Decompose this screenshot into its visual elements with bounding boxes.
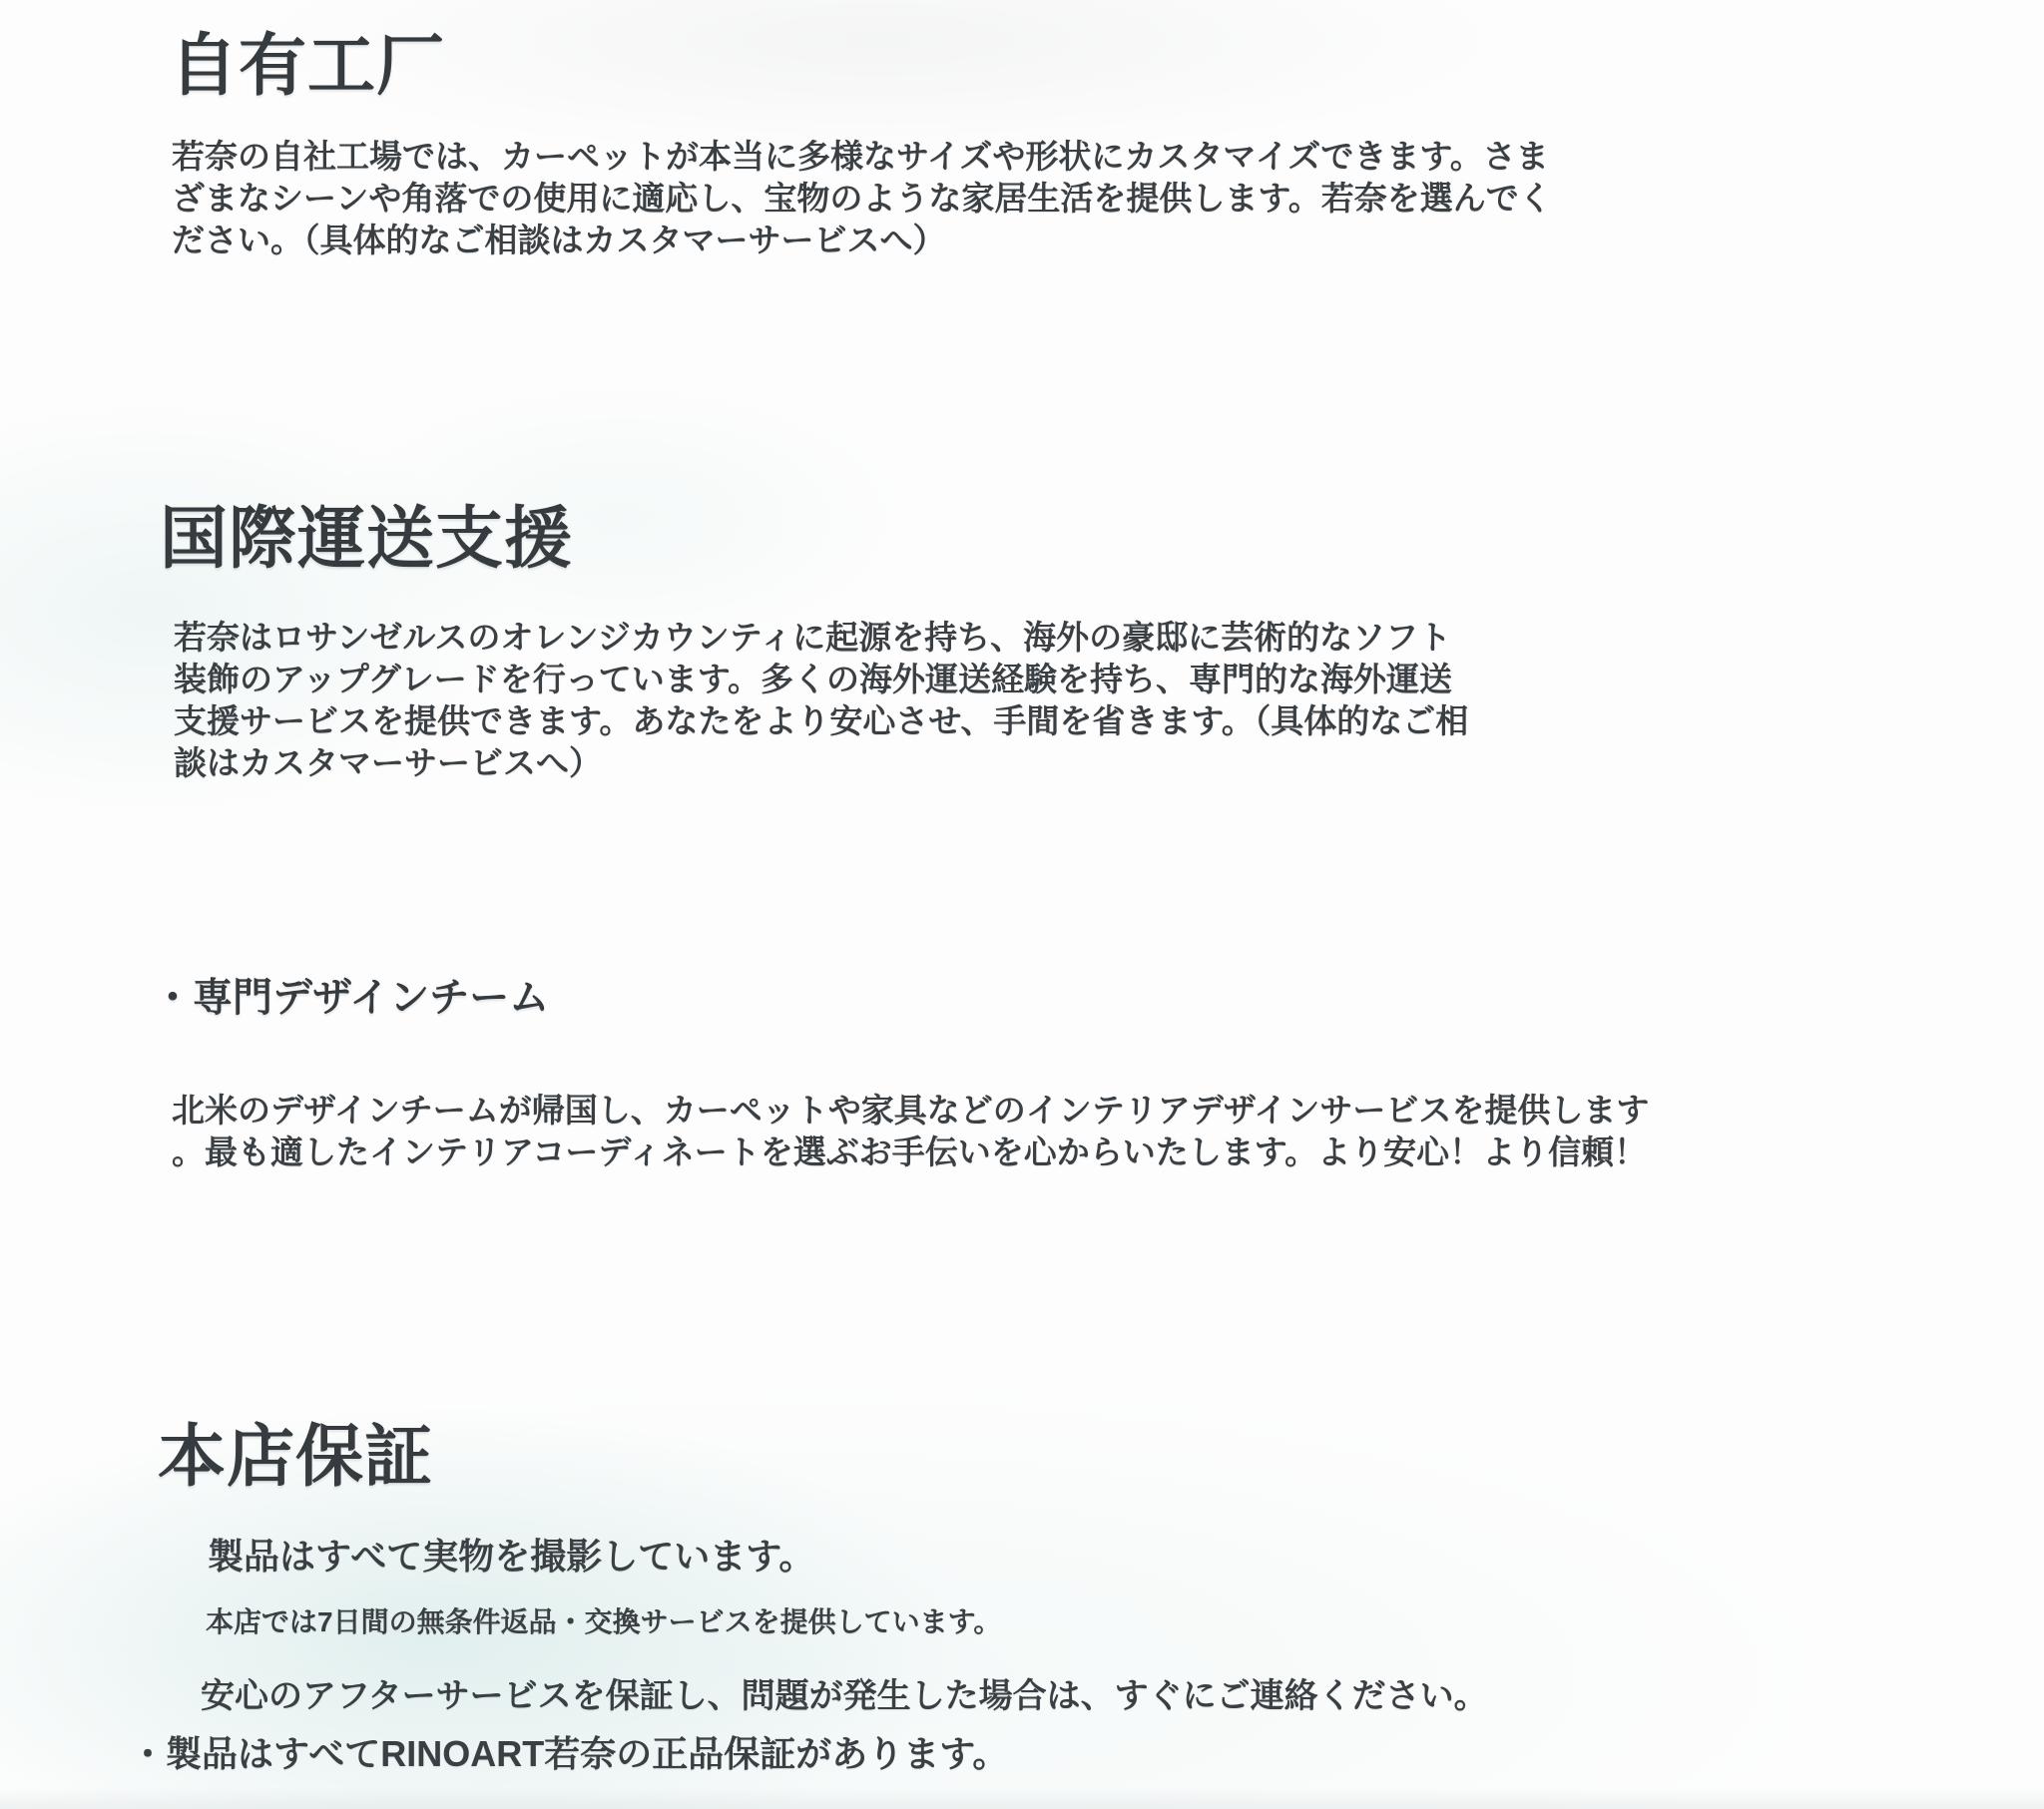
design-team-description: 北米のデザインチームが帰国し、カーペットや家具などのインテリアデザインサービスを… [172, 1090, 1669, 1173]
shipping-section-description: 若奈はロサンゼルスのオレンジカウンティに起源を持ち、海外の豪邸に芸術的なソフト装… [174, 617, 1471, 784]
factory-section-title: 自有工厂 [170, 26, 445, 108]
product-description-page: 自有工厂 若奈の自社工場では、カーペットが本当に多様なサイズや形状にカスタマイズ… [0, 0, 2044, 1809]
guarantee-authentic-text: 製品はすべてRINOART若奈の正品保証があります。 [166, 1733, 1008, 1774]
guarantee-line-real-photos: 製品はすべて実物を撮影しています。 [208, 1529, 814, 1580]
bullet-marker: ・ [153, 976, 193, 1020]
guarantee-line-aftersale: 安心のアフターサービスを保証し、問題が発生した場合は、すぐにご連絡ください。 [201, 1668, 1488, 1717]
factory-section-description: 若奈の自社工場では、カーペットが本当に多様なサイズや形状にカスタマイズできます。… [172, 136, 1569, 261]
bullet-marker: ・ [130, 1733, 166, 1774]
shipping-section-title: 国際運送支援 [160, 499, 573, 581]
guarantee-section-title: 本店保証 [158, 1417, 433, 1499]
guarantee-line-authentic: ・製品はすべてRINOART若奈の正品保証があります。 [130, 1726, 1008, 1777]
guarantee-line-return-policy: 本店では7日間の無条件返品・交換サービスを提供しています。 [206, 1600, 1001, 1640]
design-team-heading: ・専門デザインチーム [153, 974, 549, 1022]
design-team-title: 専門デザインチーム [193, 976, 549, 1020]
